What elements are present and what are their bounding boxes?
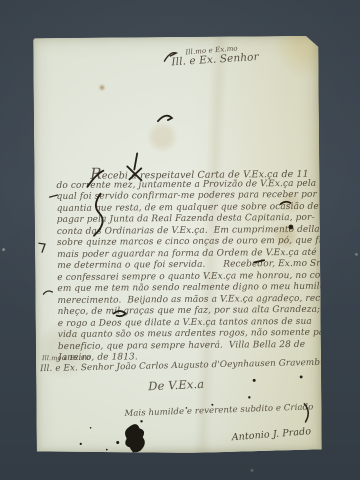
margin-marks bbox=[39, 195, 59, 294]
manuscript-paper: Ill.mo e Ex.mo Ill. e Ex. Senhor Recebi … bbox=[33, 36, 322, 454]
letter-header: Ill.mo e Ex.mo Ill. e Ex. Senhor bbox=[171, 45, 258, 66]
addressee-block: Ill.mo e Ex.mo Ill. e Ex. Senhor João Ca… bbox=[40, 352, 315, 372]
closing-line: Mais humilde e reverente subdito e Criad… bbox=[124, 402, 313, 419]
signature: Antonio J. Prado bbox=[231, 426, 311, 443]
body-line: beneficio, que para sempre haverá. Villa… bbox=[58, 339, 314, 353]
ink-blot bbox=[79, 420, 145, 454]
courtesy-line: De V.Ex.a bbox=[148, 377, 204, 393]
photo-background: Ill.mo e Ex.mo Ill. e Ex. Senhor Recebi … bbox=[0, 0, 360, 480]
letter-body: Recebi a respeitavel Carta de V.Ex.ça de… bbox=[56, 167, 314, 365]
ink-squiggle bbox=[158, 116, 172, 122]
salutation-line: Ill. e Ex. Senhor bbox=[171, 51, 259, 68]
